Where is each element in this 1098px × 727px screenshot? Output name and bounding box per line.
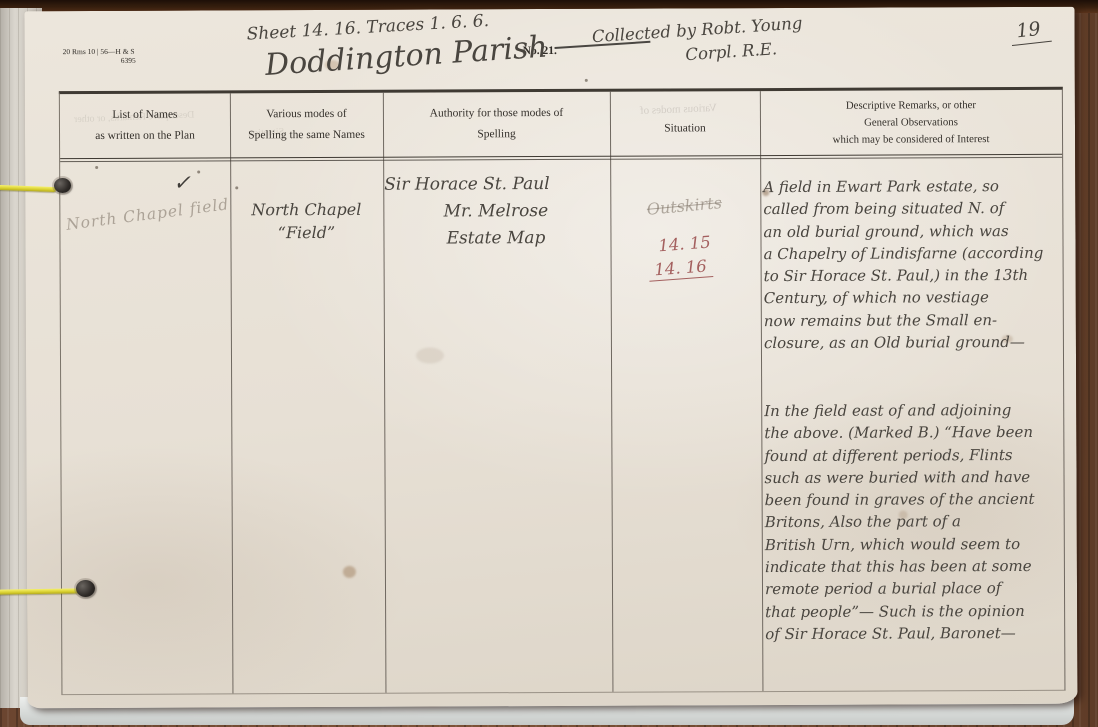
authority-line: Sir Horace St. Paul	[382, 171, 609, 199]
printed-form-reference-line2: 6395	[63, 56, 136, 65]
remarks-line: called from being situated N. of	[763, 197, 1063, 221]
remarks-line: Century, of which no vestiage	[764, 286, 1064, 310]
remarks-line: A field in Ewart Park estate, so	[763, 175, 1063, 199]
remarks-line: the above. (Marked B.) “Have been	[764, 421, 1064, 445]
remarks-line: of Sir Horace St. Paul, Baronet—	[765, 622, 1065, 646]
header-line: Situation	[610, 118, 760, 140]
header-line: Descriptive Remarks, or other	[760, 97, 1062, 115]
printed-form-reference-line1: 20 Rms 10 | 56—H & S	[63, 47, 136, 56]
remarks-line: remote period a burial place of	[765, 577, 1065, 601]
page-number: 19	[1009, 17, 1052, 46]
remarks-line: found at different periods, Flints	[764, 443, 1064, 467]
paper-speck	[585, 79, 588, 82]
record-book-page: 20 Rms 10 | 56—H & S 6395 Sheet 14. 16. …	[24, 7, 1077, 709]
header-line: Spelling	[383, 124, 610, 146]
remarks-line: indicate that this has been at some	[765, 555, 1065, 579]
header-line: which may be considered of Interest	[760, 131, 1062, 149]
authority-line: Mr. Melrose	[382, 198, 609, 226]
header-line: General Observations	[760, 114, 1062, 132]
photographed-record-book: 20 Rms 10 | 56—H & S 6395 Sheet 14. 16. …	[0, 0, 1098, 727]
header-modes-of-spelling: Various modes of Spelling the same Names	[230, 93, 383, 169]
remarks-line: that people”— Such is the opinion	[765, 599, 1065, 623]
binding-hole-bottom	[76, 580, 95, 597]
entry-remarks-paragraph-2: In the field east of and adjoining the a…	[764, 399, 1065, 646]
header-descriptive-remarks: Descriptive Remarks, or other General Ob…	[760, 90, 1062, 162]
remarks-line: now remains but the Small en-	[764, 309, 1064, 333]
header-authority: Authority for those modes of Spelling	[383, 92, 610, 168]
header-line: Authority for those modes of	[383, 103, 610, 125]
header-line: Various modes of	[230, 104, 383, 126]
entry-checkmark: ✓	[173, 171, 191, 195]
entry-remarks-paragraph-1: A field in Ewart Park estate, so called …	[763, 175, 1064, 355]
remarks-line: British Urn, which would seem to	[765, 533, 1065, 557]
remarks-line: such as were buried with and have	[764, 466, 1064, 490]
collected-by-block: Collected by Robt. Young Corpl. R.E.	[591, 12, 804, 74]
remarks-line: Britons, Also the part of a	[765, 510, 1065, 534]
binding-hole-top	[54, 178, 71, 193]
header-line: List of Names	[60, 104, 230, 126]
remarks-line: to Sir Horace St. Paul,) in the 13th	[764, 264, 1064, 288]
entry-authority: Sir Horace St. Paul Mr. Melrose Estate M…	[382, 171, 609, 253]
column-divider	[230, 93, 234, 693]
printed-form-reference: 20 Rms 10 | 56—H & S 6395	[63, 47, 136, 65]
entry-spelling: North Chapel “Field”	[231, 198, 381, 245]
header-line: as written on the Plan	[60, 125, 230, 147]
page-number-block: 19	[1009, 17, 1052, 46]
authority-line: Estate Map	[382, 225, 609, 253]
remarks-line: closure, as an Old burial ground—	[764, 331, 1064, 355]
remarks-line: been found in graves of the ancient	[765, 488, 1065, 512]
header-line: Spelling the same Names	[230, 125, 383, 147]
spelling-line: “Field”	[231, 221, 381, 245]
remarks-line: an old burial ground, which was	[763, 219, 1063, 243]
remarks-line: a Chapelry of Lindisfarne (according	[764, 242, 1064, 266]
header-list-of-names: List of Names as written on the Plan	[60, 93, 230, 169]
remarks-line: In the field east of and adjoining	[764, 399, 1064, 423]
spelling-line: North Chapel	[231, 198, 381, 222]
header-situation: Situation	[610, 91, 760, 183]
